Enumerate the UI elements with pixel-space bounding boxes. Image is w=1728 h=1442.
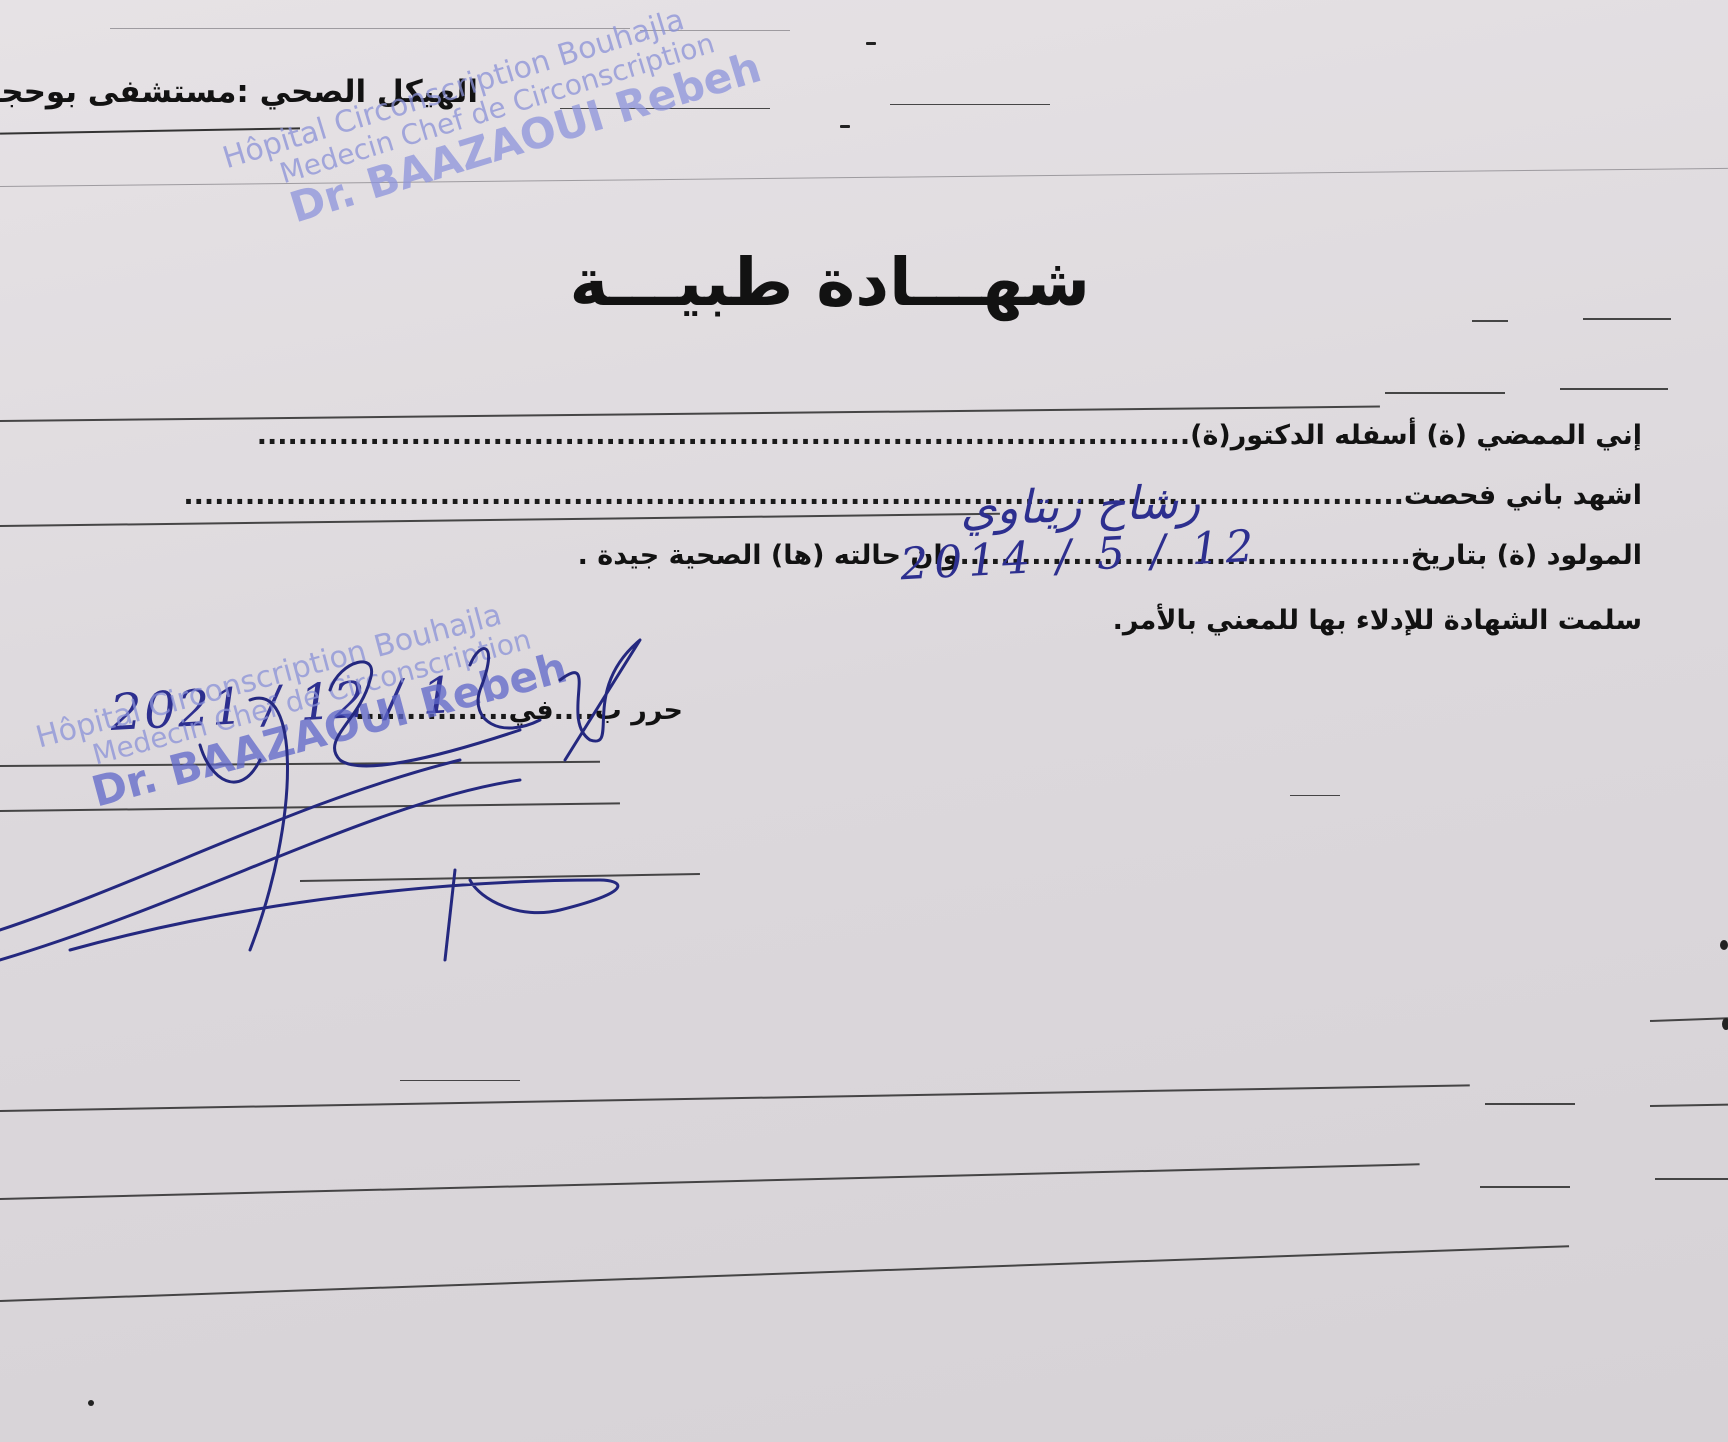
speck [866, 42, 876, 45]
document-title: شهـــادة طبيـــة [600, 244, 1090, 321]
examined-dots: ........................................… [183, 480, 1404, 511]
rule-8 [300, 873, 700, 882]
stamp-top: Hôpital Circonscription Bouhajla Medecin… [219, 0, 766, 245]
rule-3b [1583, 318, 1671, 320]
rule-11c [1655, 1178, 1728, 1180]
doctor-dots: ........................................… [257, 420, 1190, 451]
speck [840, 125, 850, 128]
rule-11b [1480, 1186, 1570, 1188]
stamp-bottom: Hôpital Circonscription Bouhajla Medecin… [33, 587, 572, 825]
purpose-text: سلمت الشهادة للإدلاء بها للمعني بالأمر. [1113, 605, 1642, 636]
rule-11 [0, 1163, 1420, 1200]
rule-top [110, 28, 630, 29]
rule-9 [400, 1080, 520, 1081]
speck [88, 1400, 94, 1406]
rule-6b [1290, 795, 1340, 796]
rule-4b [1385, 392, 1505, 394]
speck [1722, 1018, 1728, 1030]
rule-9b [1650, 1017, 1728, 1022]
handwritten-birth-date: 2014 / 5 / 12 [899, 521, 1261, 591]
written-at-label: حرر ب [595, 695, 683, 726]
rule-4c [1560, 388, 1668, 390]
doctor-line: إني الممضي (ة) أسفله الدكتور(ة).........… [257, 420, 1642, 451]
rule-10c [1485, 1103, 1575, 1105]
rule-3 [1472, 320, 1508, 322]
birth-label: المولود (ة) بتاريخ [1411, 540, 1642, 571]
examined-label: اشهد باني فحصت [1404, 480, 1642, 511]
rule-12 [0, 1245, 1569, 1302]
rule-10b [1650, 1104, 1728, 1107]
speck [1720, 940, 1728, 950]
rule-10 [0, 1084, 1470, 1112]
purpose-line: سلمت الشهادة للإدلاء بها للمعني بالأمر. [1113, 605, 1642, 636]
doctor-label: إني الممضي (ة) أسفله الدكتور(ة) [1190, 420, 1642, 451]
rule-5 [0, 513, 1000, 527]
document-page: الهيكل الصحي :مستشفى بوحجلة Hôpital Circ… [0, 0, 1728, 1442]
examined-line: اشهد باني فحصت..........................… [183, 480, 1642, 511]
rule-header-2 [890, 104, 1050, 105]
